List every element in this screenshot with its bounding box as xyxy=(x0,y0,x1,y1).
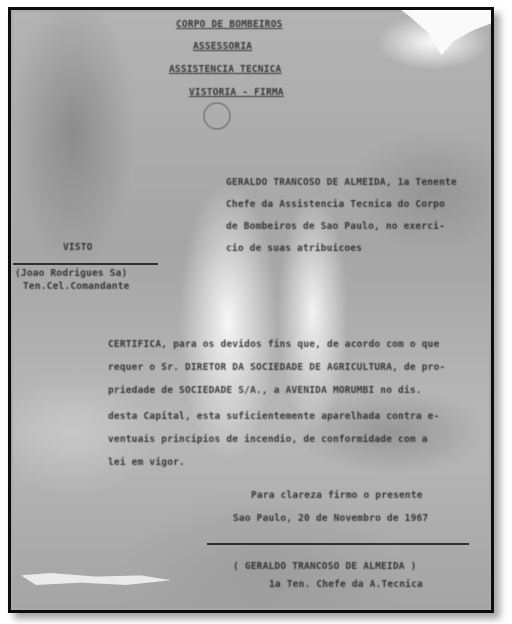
body-line-5: ventuais principios de incendio, de conf… xyxy=(108,435,428,445)
signature-title: 1a Ten. Chefe da A.Tecnica xyxy=(269,580,423,590)
certifier-line-3: de Bombeiros de Sao Paulo, no exerci- xyxy=(226,222,445,232)
certifier-line-4: cio de suas atribuicoes xyxy=(226,244,362,254)
certifier-line-2: Chefe da Assistencia Tecnica do Corpo xyxy=(226,200,445,210)
header-line-3: ASSISTENCIA TECNICA xyxy=(169,65,281,75)
body-line-6: lei em vigor. xyxy=(108,458,185,468)
body-line-2: requer o Sr. DIRETOR DA SOCIEDADE DE AGR… xyxy=(108,363,445,373)
header-line-1: CORPO DE BOMBEIROS xyxy=(176,20,283,30)
approval-name: (Joao Rodrigues Sa) xyxy=(15,269,127,279)
approval-title: Ten.Cel.Comandante xyxy=(23,282,130,292)
header-line-2: ASSESSORIA xyxy=(193,42,252,52)
certifier-line-1: GERALDO TRANCOSO DE ALMEIDA, 1a Tenente xyxy=(226,178,457,188)
closing-line: Para clareza firmo o presente xyxy=(251,491,423,501)
document-frame: CORPO DE BOMBEIROS ASSESSORIA ASSISTENCI… xyxy=(8,7,494,613)
body-line-4: desta Capital, esta suficientemente apar… xyxy=(108,412,440,422)
body-line-3: priedade de SOCIEDADE S/A., a AVENIDA MO… xyxy=(108,386,422,396)
signature-name: ( GERALDO TRANCOSO DE ALMEIDA ) xyxy=(233,562,417,572)
approval-rule xyxy=(13,263,158,265)
place-date: Sao Paulo, 20 de Novembro de 1967 xyxy=(233,514,428,524)
body-line-1: CERTIFICA, para os devidos fins que, de … xyxy=(108,340,440,350)
visto-label: VISTO xyxy=(63,243,93,253)
signature-rule xyxy=(207,543,469,545)
round-stamp-icon xyxy=(203,102,231,130)
header-line-4: VISTORIA - FIRMA xyxy=(189,88,284,98)
